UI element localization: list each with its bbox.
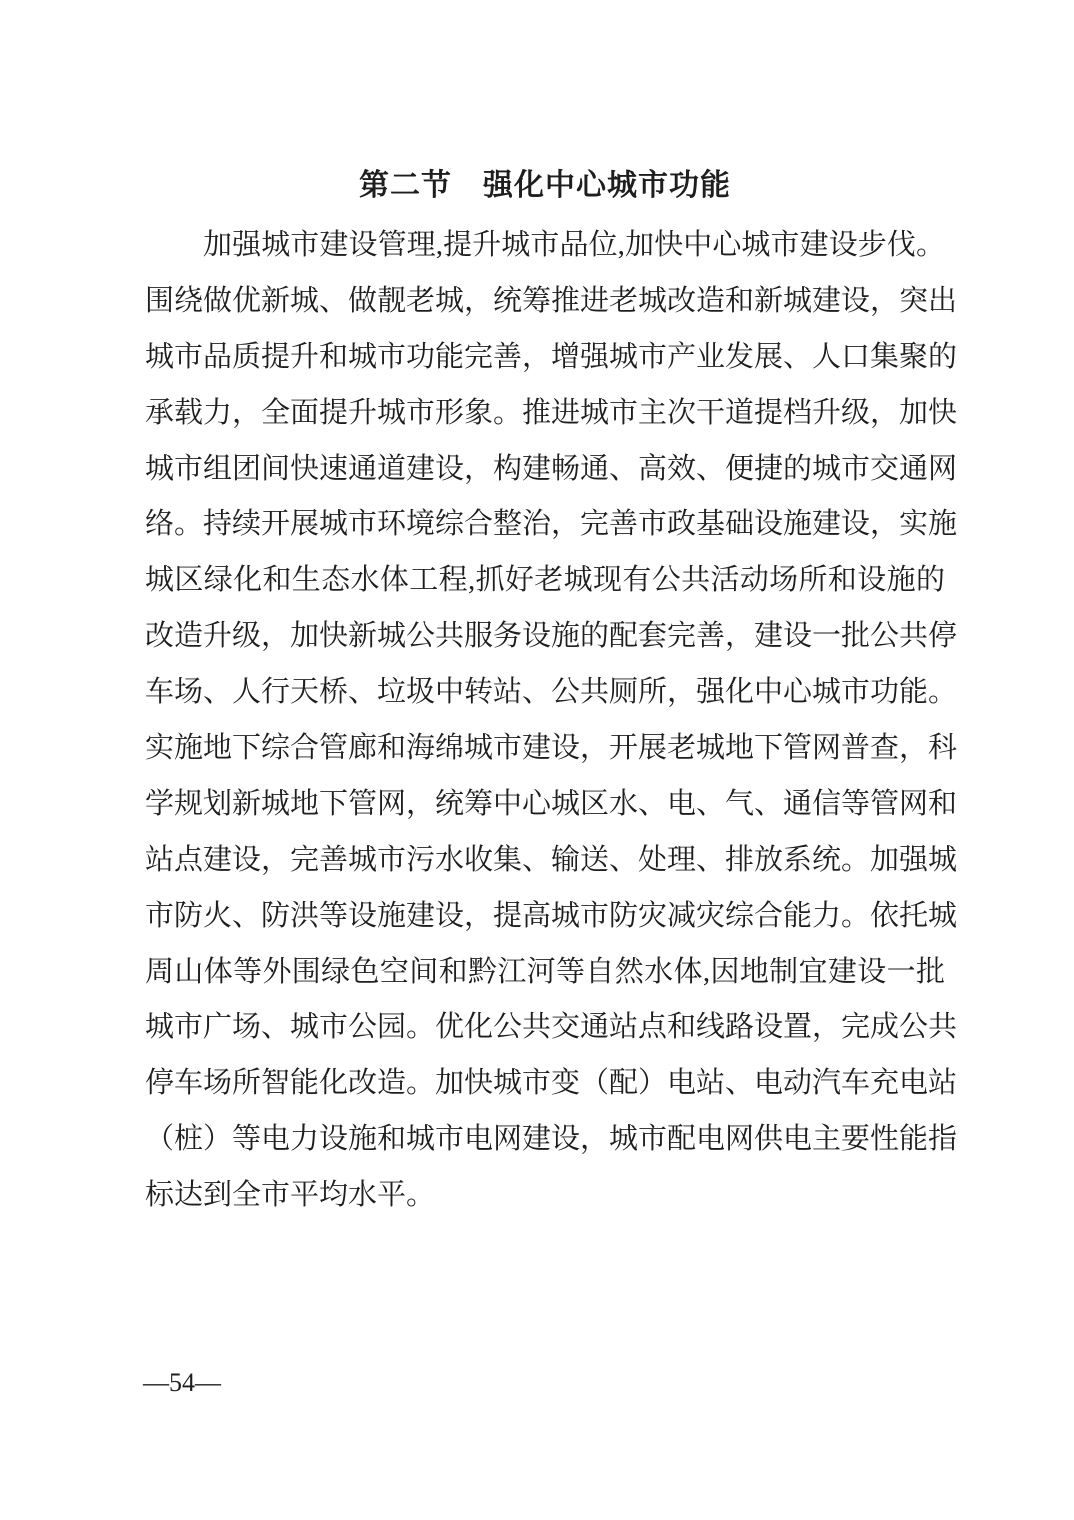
paragraph-line: 城市组团间快速通道建设，构建畅通、高效、便捷的城市交通网	[145, 442, 945, 498]
paragraph-line: 周山体等外围绿色空间和黔江河等自然水体,因地制宜建设一批	[145, 945, 945, 1001]
page-number: —54—	[143, 1368, 221, 1398]
paragraph-line: 络。持续开展城市环境综合整治，完善市政基础设施建设，实施	[145, 497, 945, 553]
paragraph-line: 实施地下综合管廊和海绵城市建设，开展老城地下管网普查，科	[145, 721, 945, 777]
paragraph-line: 围绕做优新城、做靓老城，统筹推进老城改造和新城建设，突出	[145, 274, 945, 330]
paragraph-line: 城市广场、城市公园。优化公共交通站点和线路设置，完成公共	[145, 1000, 945, 1056]
paragraph-line: 城区绿化和生态水体工程,抓好老城现有公共活动场所和设施的	[145, 553, 945, 609]
paragraph-line: （桩）等电力设施和城市电网建设，城市配电网供电主要性能指	[145, 1112, 945, 1168]
paragraph-line: 市防火、防洪等设施建设，提高城市防灾减灾综合能力。依托城	[145, 889, 945, 945]
paragraph-line: 改造升级，加快新城公共服务设施的配套完善，建设一批公共停	[145, 609, 945, 665]
paragraph-line: 学规划新城地下管网，统筹中心城区水、电、气、通信等管网和	[145, 777, 945, 833]
section-title: 第二节 强化中心城市功能	[145, 165, 945, 207]
paragraph-line: 车场、人行天桥、垃圾中转站、公共厕所，强化中心城市功能。	[145, 665, 945, 721]
document-page: 第二节 强化中心城市功能 加强城市建设管理,提升城市品位,加快中心城市建设步伐。…	[0, 0, 1074, 1520]
paragraph-line: 城市品质提升和城市功能完善，增强城市产业发展、人口集聚的	[145, 330, 945, 386]
paragraph-line: 加强城市建设管理,提升城市品位,加快中心城市建设步伐。	[145, 218, 945, 274]
paragraph-line: 站点建设，完善城市污水收集、输送、处理、排放系统。加强城	[145, 833, 945, 889]
paragraph-line: 承载力，全面提升城市形象。推进城市主次干道提档升级，加快	[145, 386, 945, 442]
paragraph-line: 标达到全市平均水平。	[145, 1168, 945, 1224]
paragraph-line: 停车场所智能化改造。加快城市变（配）电站、电动汽车充电站	[145, 1056, 945, 1112]
paragraph: 加强城市建设管理,提升城市品位,加快中心城市建设步伐。 围绕做优新城、做靓老城，…	[145, 218, 945, 1224]
